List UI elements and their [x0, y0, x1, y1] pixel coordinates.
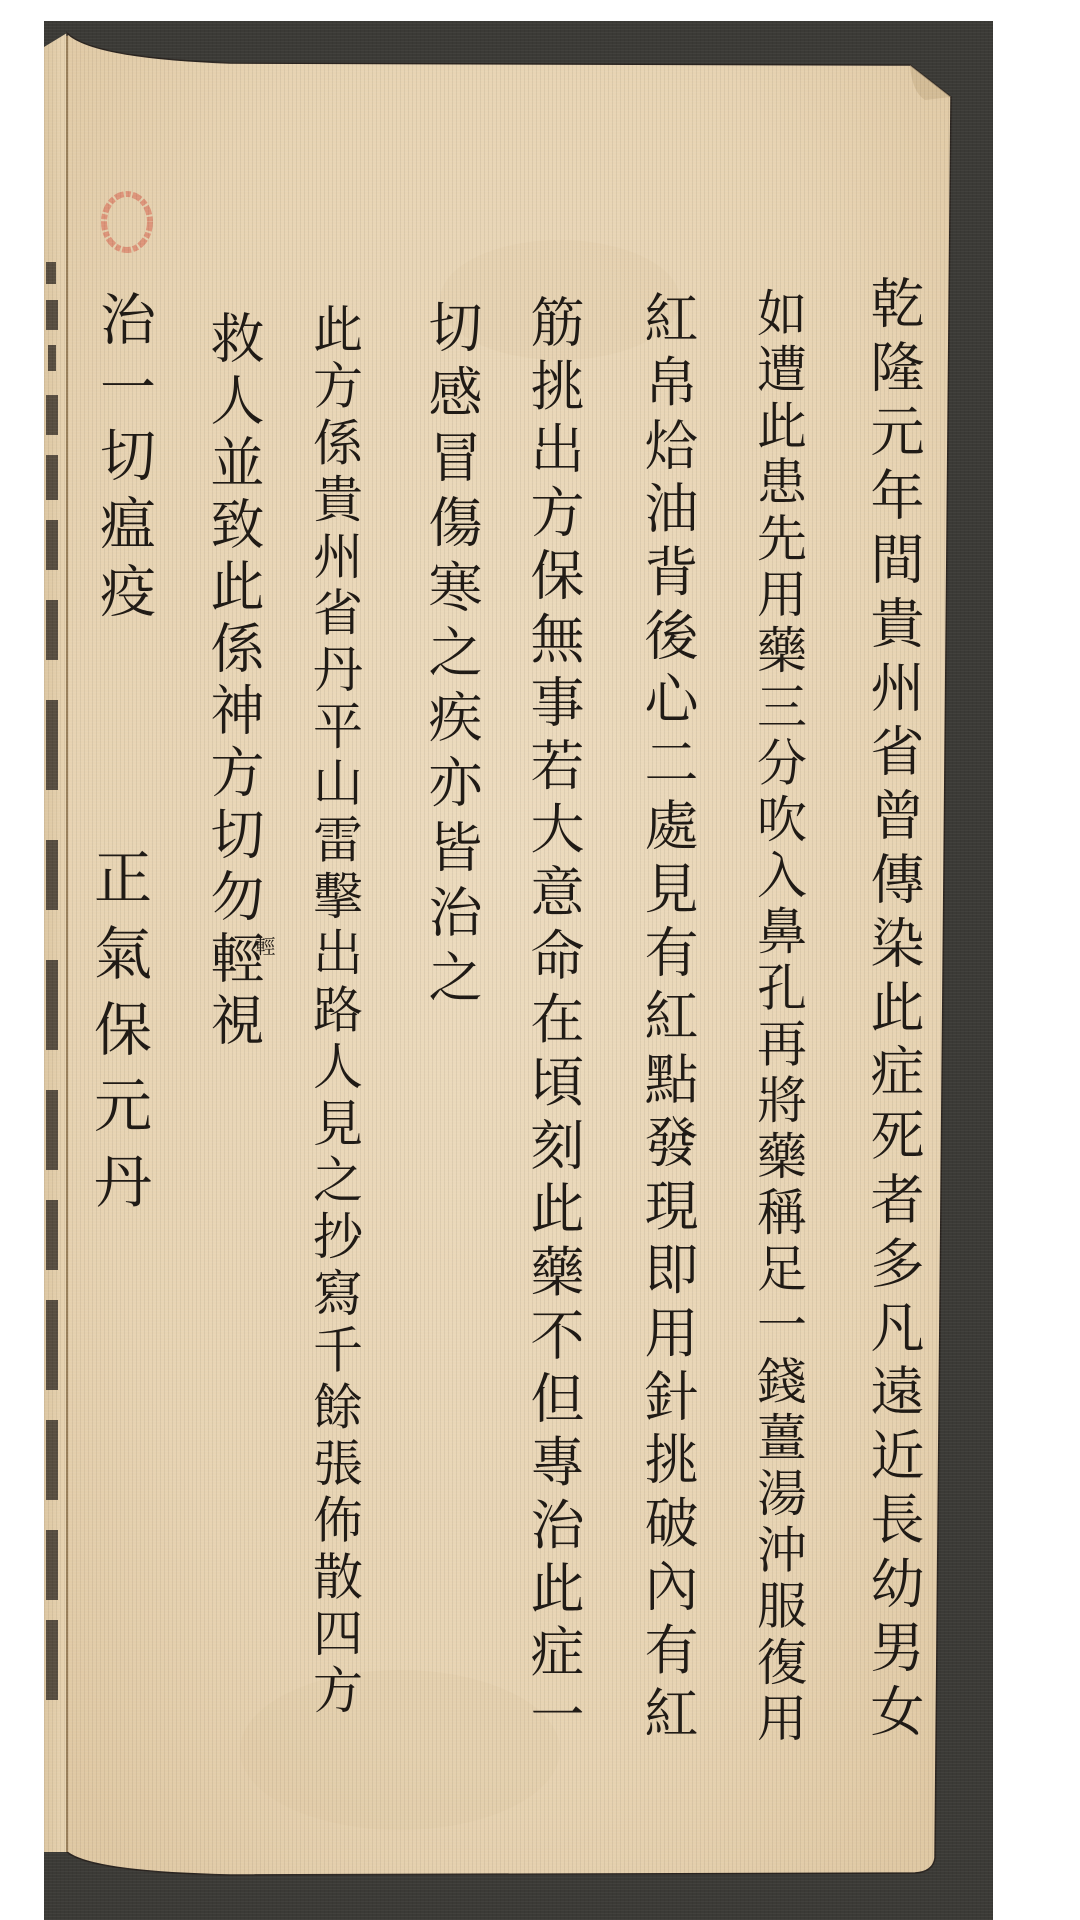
- remedy-name: 正氣保元丹: [89, 847, 147, 1227]
- text-column-5: 切感冒傷寒之疾亦皆治之: [424, 299, 478, 1014]
- text-column-2: 如遭此患先用藥三分吹入鼻孔再將藥稱足一錢薑湯沖服復用: [753, 287, 803, 1748]
- adjacent-page-partial-strokes: [46, 262, 58, 1700]
- text-column-6: 此方係貴州省丹平山雷擊出路人見之抄寫千餘張佈散四方: [309, 303, 359, 1721]
- text-column-4: 筋挑出方保無事若大意命在頃刻此藥不但專治此症一: [526, 294, 580, 1750]
- heading-column: 治一切瘟疫: [95, 290, 151, 630]
- manuscript-scan: 乾隆元年間貴州省曾傳染此症死者多凡遠近長幼男女 如遭此患先用藥三分吹入鼻孔再將藥…: [0, 0, 1080, 1920]
- text-column-1: 乾隆元年間貴州省曾傳染此症死者多凡遠近長幼男女: [866, 275, 920, 1747]
- text-column-3: 紅帛烚油背後心二處見有紅點發現即用針挑破內有紅: [640, 290, 694, 1748]
- marginal-annotation: 輕: [254, 936, 274, 956]
